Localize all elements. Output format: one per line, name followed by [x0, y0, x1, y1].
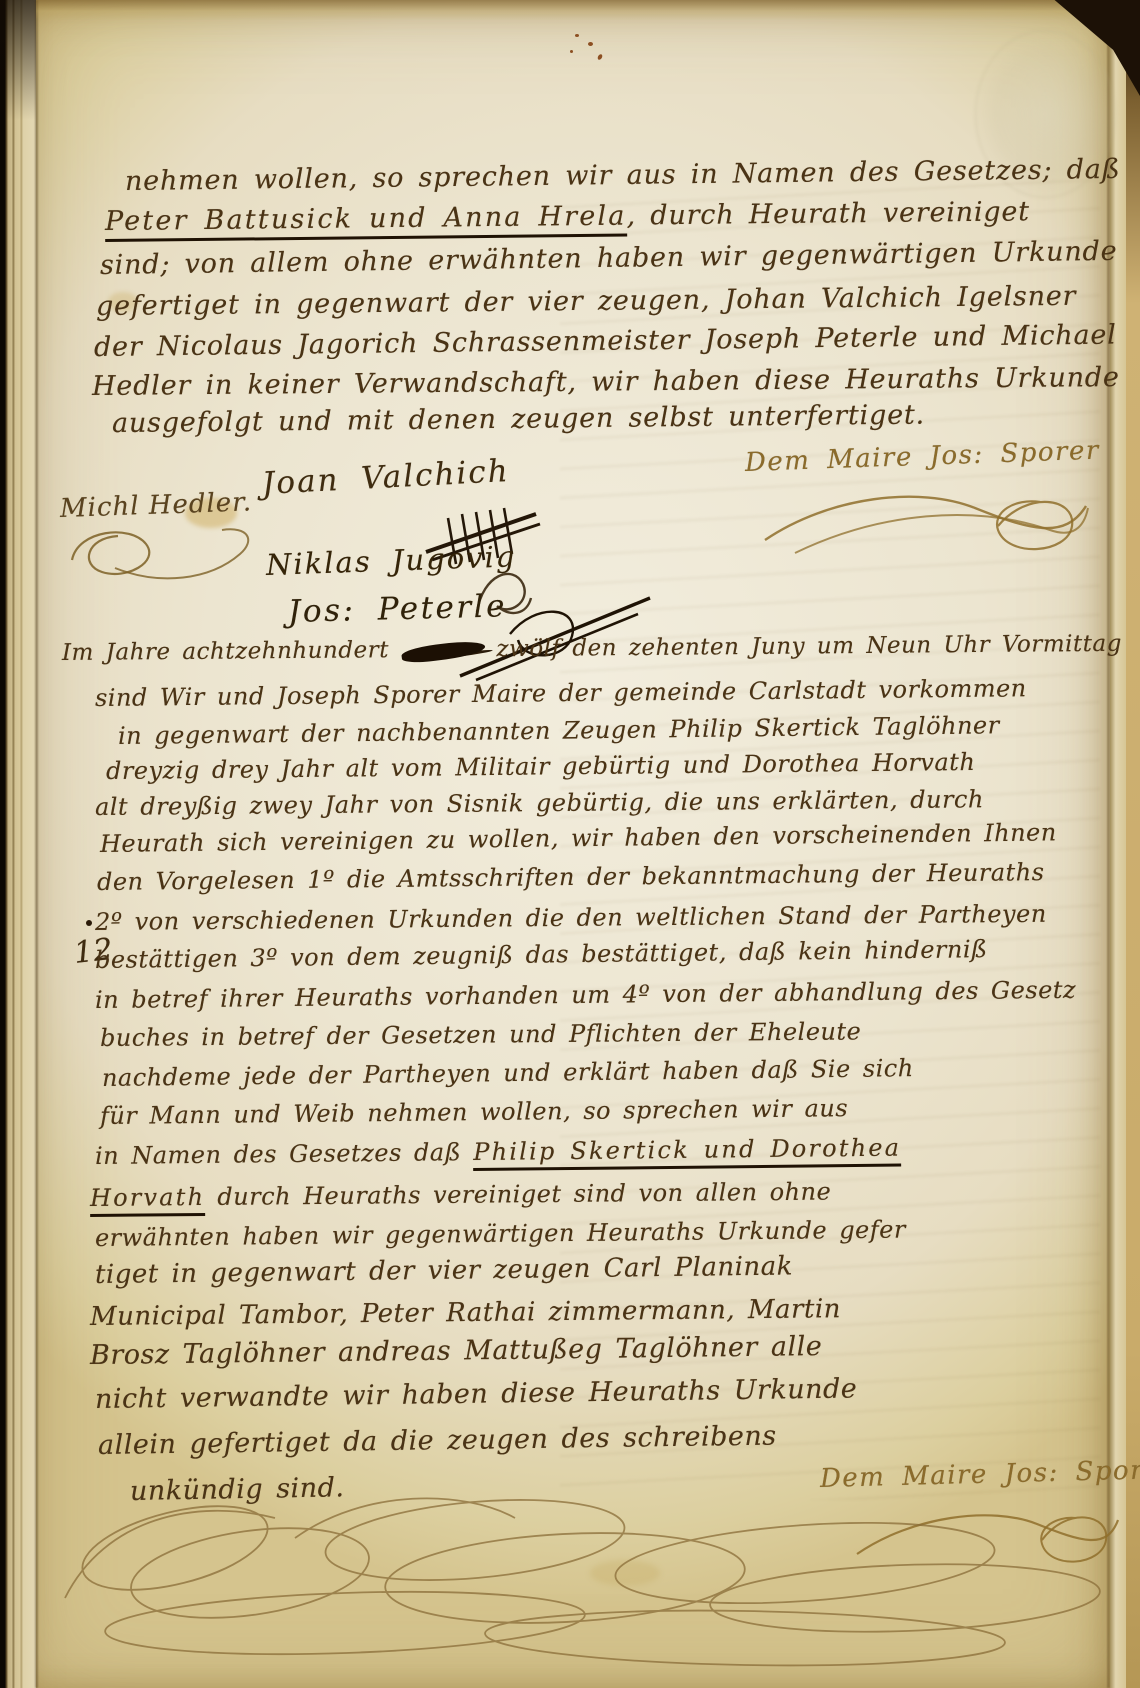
ink-blot [400, 638, 485, 665]
bottom-pen-flourishes [45, 1478, 1105, 1678]
underlined-names: Philip Skertick und Dorothea [473, 1134, 901, 1171]
flourish-drawing [60, 520, 270, 584]
flourish-drawing [45, 1478, 1105, 1678]
flourish-drawing [760, 478, 1090, 563]
top-page-edge [36, 0, 1126, 20]
left-page-edges [0, 0, 36, 1688]
ink-speck [86, 920, 92, 926]
ink-speck [588, 42, 593, 46]
underlined-names: Peter Battusick und Anna Hrela [105, 201, 627, 242]
binding-crease [35, 0, 38, 1688]
michl-flourish [60, 520, 270, 584]
ink-speck [575, 34, 579, 37]
underlined-names: Horvath [90, 1183, 206, 1217]
mayor-signature-flourish [760, 478, 1090, 563]
next-page-edge [1126, 0, 1140, 1688]
ink-speck [570, 50, 573, 53]
book-page-photo: nehmen wollen, so sprechen wir aus in Na… [0, 0, 1140, 1688]
left-edge-shadow [0, 0, 36, 120]
